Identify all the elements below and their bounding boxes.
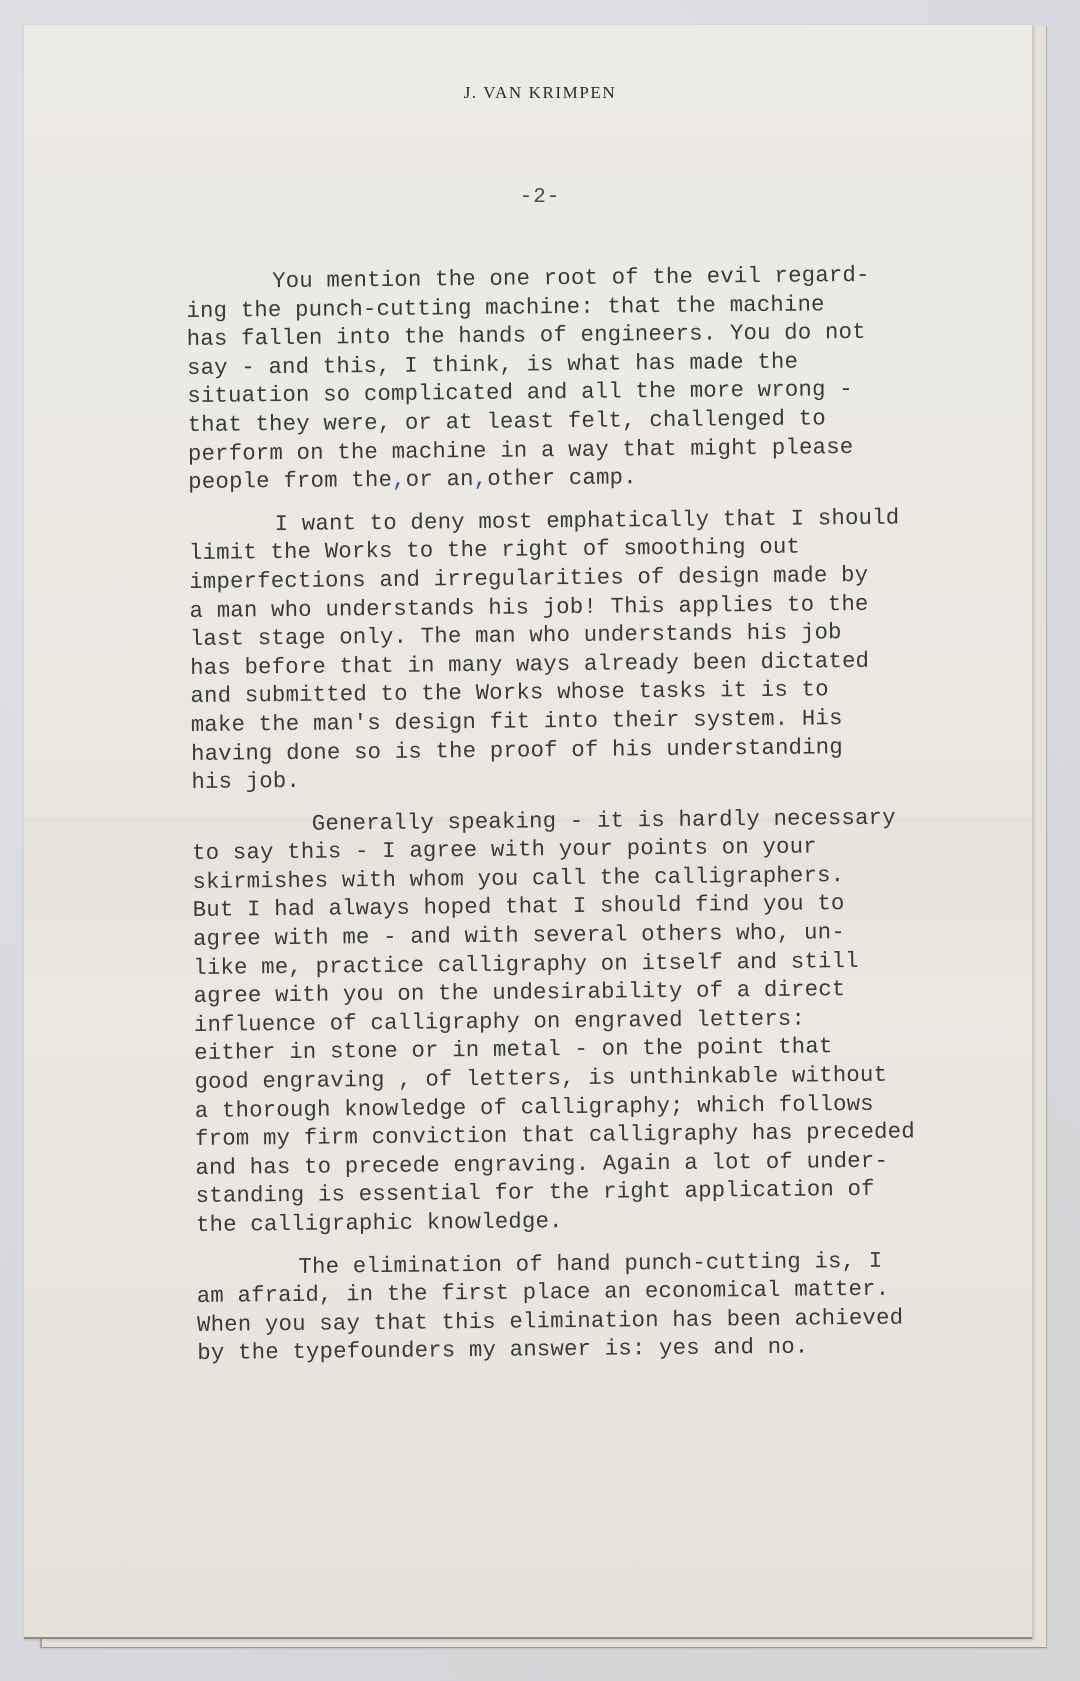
handwritten-comma-mark: , <box>392 467 406 493</box>
paragraph-3: Generally speaking - it is hardly necess… <box>192 802 1016 1239</box>
paragraph-4: The elimination of hand punch-cutting is… <box>196 1245 1017 1368</box>
handwritten-comma-mark: , <box>474 466 488 492</box>
letter-body: You mention the one root of the evil reg… <box>186 259 1018 1381</box>
paragraph-1: You mention the one root of the evil reg… <box>186 259 1008 496</box>
letterhead-name: J. VAN KRIMPEN <box>0 83 1080 103</box>
page-number: -2- <box>0 186 1080 209</box>
paragraph-2: I want to deny most emphatically that I … <box>189 502 1012 797</box>
